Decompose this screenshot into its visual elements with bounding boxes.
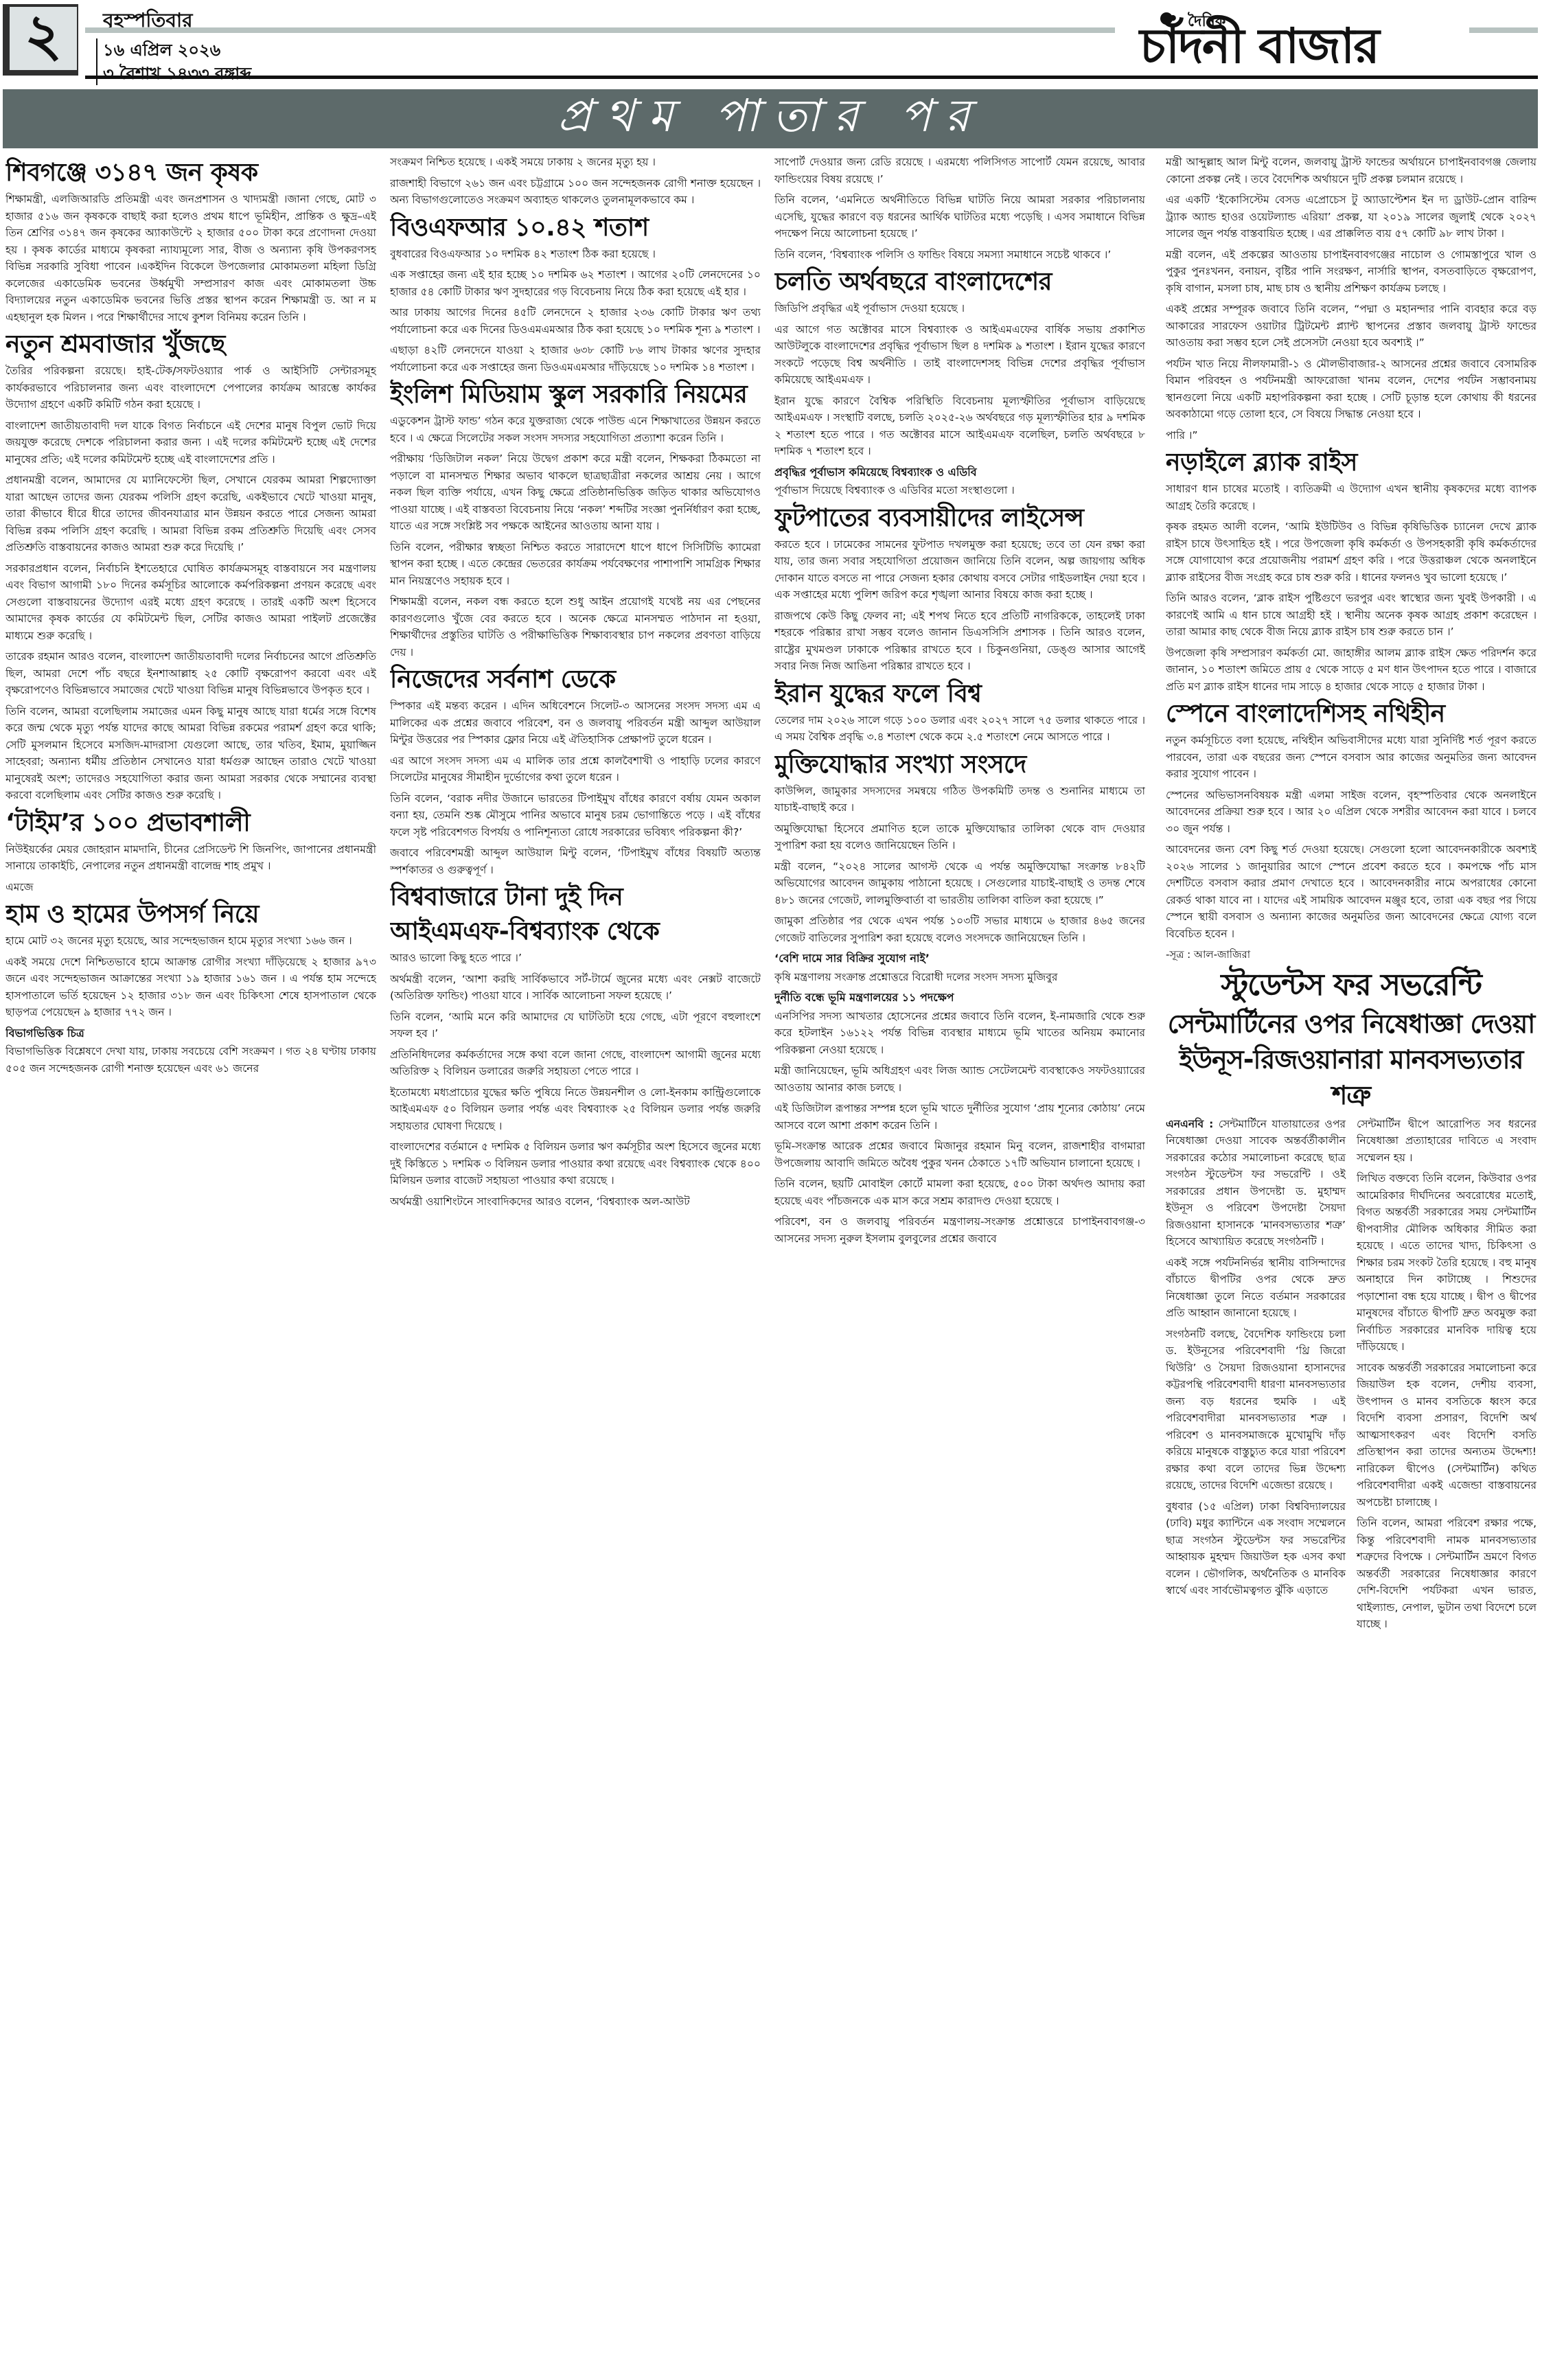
headline[interactable]: আইএমএফ-বিশ্বব্যাংক থেকে <box>390 917 761 947</box>
story-paragraph: এক সপ্তাহের জন্য এই হার হচ্ছে ১০ দশমিক ৬… <box>390 266 761 300</box>
story-paragraph: একই সঙ্গে পর্যটননির্ভর স্থানীয় বাসিন্দা… <box>1166 1255 1346 1322</box>
story-paragraph: বাংলাদেশ জাতীয়তাবাদী দল যাকে বিগত নির্ব… <box>5 417 376 468</box>
story-paragraph: লিখিত বক্তব্যে তিনি বলেন, কিউবার ওপর আমে… <box>1357 1170 1537 1355</box>
story-paragraph: বিভাগভিত্তিক বিশ্লেষণে দেখা যায়, ঢাকায়… <box>5 1043 376 1077</box>
page-number-box: ২ <box>3 4 78 76</box>
headline[interactable]: চলতি অর্থবছরে বাংলাদেশের <box>774 267 1145 297</box>
story-paragraph: তিনি বলেন, ‘বিশ্বব্যাংক পলিসি ও ফান্ডিং … <box>774 247 1145 264</box>
headline[interactable]: ‘টাইম’র ১০০ প্রভাবশালী <box>5 808 376 838</box>
story-paragraph: তেলের দাম ২০২৬ সালে গড়ে ১০০ ডলার এবং ২০… <box>774 712 1145 746</box>
story-paragraph: বাংলাদেশের বর্তমানে ৫ দশমিক ৫ বিলিয়ন ডল… <box>390 1138 761 1189</box>
story-paragraph: রাজশাহী বিভাগে ২৬১ জন এবং চট্টগ্রামে ১০০… <box>390 175 761 209</box>
story-paragraph: সাপোর্ট দেওয়ার জন্য রেডি রয়েছে । এরমধ্… <box>774 154 1145 187</box>
story-right-column: সেন্টমার্টিন দ্বীপে আরোপিত সব ধরনের নিষে… <box>1357 1116 1537 1637</box>
masthead: ২ বৃহস্পতিবার ১৬ এপ্রিল ২০২৬ ৩ বৈশাখ ১৪৩… <box>0 0 1542 82</box>
kicker-headline[interactable]: স্টুডেন্টস ফর সভরেন্টি <box>1166 968 1537 1003</box>
headline[interactable]: হাম ও হামের উপসর্গ নিয়ে <box>5 900 376 930</box>
story-paragraph: তিনি বলেন, ‘আমি মনে করি আমাদের যে ঘাটতিট… <box>390 1009 761 1042</box>
story-paragraph: তিনি বলেন, পরীক্ষার স্বচ্ছতা নিশ্চিত করত… <box>390 539 761 590</box>
story-paragraph: অমুক্তিযোদ্ধা হিসেবে প্রমাণিত হলে তাকে ম… <box>774 821 1145 854</box>
story-paragraph: শিক্ষামন্ত্রী বলেন, নকল বন্ধ করতে হলে শু… <box>390 593 761 661</box>
byline: এনএনবি : <box>1166 1118 1213 1130</box>
story-paragraph: সাধারণ ধান চাষের মতোই । ব্যতিক্রমী এ উদ্… <box>1166 481 1537 514</box>
story-paragraph: বুধবার (১৫ এপ্রিল) ঢাকা বিশ্ববিদ্যালয়ের… <box>1166 1498 1346 1599</box>
story-paragraph: তিনি বলেন, ‘এমনিতে অর্থনীতিতে বিভিন্ন ঘা… <box>774 192 1145 242</box>
story-paragraph: তিনি বলেন, আমরা পরিবেশ রক্ষার পক্ষে, কিন… <box>1357 1515 1537 1633</box>
story-paragraph: নিউইয়র্কের মেয়র জোহরান মামদানি, চীনের … <box>5 841 376 875</box>
story-paragraph: বুধবারের বিওএফআর ১০ দশমিক ৪২ শতাংশ ঠিক ক… <box>390 246 761 263</box>
headline[interactable]: ফুটপাতের ব্যবসায়ীদের লাইসেন্স <box>774 503 1145 534</box>
story-paragraph: আরও ভালো কিছু হতে পারে ।’ <box>390 950 761 967</box>
story-paragraph: সংক্রমণ নিশ্চিত হয়েছে । একই সময়ে ঢাকায… <box>390 154 761 171</box>
story-paragraph: নতুন কর্মসূচিতে বলা হয়েছে, নথিহীন অভিবা… <box>1166 732 1537 783</box>
story-paragraph: তিনি বলেন, ‘বরাক নদীর উজানে ভারতের টিপাই… <box>390 790 761 841</box>
headline[interactable]: শিবগঞ্জে ৩১৪৭ জন কৃষক <box>5 158 376 188</box>
column-3: সাপোর্ট দেওয়ার জন্য রেডি রয়েছে । এরমধ্… <box>774 154 1145 2376</box>
story-signoff: এমজে <box>5 879 376 896</box>
date-gregorian: ১৬ এপ্রিল ২০২৬ <box>103 38 251 62</box>
story-paragraph: সংগঠনটি বলছে, বৈদেশিক ফান্ডিংয়ে চলা ড. … <box>1166 1326 1346 1494</box>
story-paragraph: এর আগে সংসদ সদস্য এম এ মালিক তার প্রশ্নে… <box>390 753 761 786</box>
story-paragraph: মন্ত্রী বলেন, “২০২৪ সালের আগস্ট থেকে এ প… <box>774 858 1145 909</box>
subheadline: ‘বেশি দামে সার বিক্রির সুযোগ নাই’ <box>774 950 1145 968</box>
story-paragraph: এর আগে গত অক্টোবর মাসে বিশ্বব্যাংক ও আইএ… <box>774 321 1145 389</box>
story-paragraph: হামে মোট ৩২ জনের মৃত্যু হয়েছে, আর সন্দে… <box>5 932 376 950</box>
story-paragraph: কৃষি মন্ত্রণালয় সংক্রান্ত প্রশ্নোত্তরে … <box>774 969 1145 986</box>
headline[interactable]: মুক্তিযোদ্ধার সংখ্যা সংসদে <box>774 750 1145 780</box>
story-paragraph: করতে হবে । ঢামেকের সামনের ফুটপাত দখলমুক্… <box>774 536 1145 604</box>
story-paragraph: একই সময়ে দেশে নিশ্চিতভাবে হামে আক্রান্ত… <box>5 954 376 1021</box>
story-paragraph: প্রধানমন্ত্রী বলেন, আমাদের যে ম্যানিফেস্… <box>5 472 376 556</box>
source-credit: -সূত্র : আল-জাজিরা <box>1166 946 1537 963</box>
story-paragraph: পর্যটন খাত নিয়ে নীলফামারী-১ ও মৌলভীবাজা… <box>1166 356 1537 423</box>
story-paragraph: এই ডিজিটাল রূপান্তর সম্পন্ন হলে ভূমি খাত… <box>774 1100 1145 1134</box>
headline[interactable]: নিজেদের সর্বনাশ ডেকে <box>390 665 761 695</box>
story-paragraph: রাজপথে কেউ কিছু ফেলব না; এই শপথ নিতে হবে… <box>774 608 1145 675</box>
two-column-story: এনএনবি : সেন্টমার্টিনে যাতায়াতের ওপর নি… <box>1166 1116 1537 1637</box>
page-number: ২ <box>10 7 77 70</box>
story-paragraph: সেন্টমার্টিন দ্বীপে আরোপিত সব ধরনের নিষে… <box>1357 1116 1537 1167</box>
story-left-column: এনএনবি : সেন্টমার্টিনে যাতায়াতের ওপর নি… <box>1166 1116 1346 1637</box>
story-paragraph: জবাবে পরিবেশমন্ত্রী আব্দুল আউয়াল মিন্টু… <box>390 845 761 878</box>
story-paragraph: পরিবেশ, বন ও জলবায়ু পরিবর্তন মন্ত্রণালয… <box>774 1213 1145 1247</box>
story-paragraph: একই প্রশ্নের সম্পূরক জবাবে তিনি বলেন, “প… <box>1166 301 1537 352</box>
story-paragraph: কৃষক রহমত আলী বলেন, ‘আমি ইউটিউব ও বিভিন্… <box>1166 518 1537 586</box>
column-1: শিবগঞ্জে ৩১৪৭ জন কৃষক শিক্ষামন্ত্রী, এলজ… <box>5 154 376 2376</box>
story-paragraph: মন্ত্রী আব্দুল্লাহ আল মিন্টু বলেন, জলবায… <box>1166 154 1537 187</box>
headline[interactable]: নড়াইলে ব্ল্যাক রাইস <box>1166 448 1537 478</box>
header-rule-grey <box>85 27 1115 33</box>
header-rule-grey-right <box>1469 27 1538 33</box>
headline[interactable]: স্পেনে বাংলাদেশিসহ নথিহীন <box>1166 699 1537 729</box>
story-paragraph: উপজেলা কৃষি সম্প্রসারণ কর্মকর্তা মো. জাহ… <box>1166 645 1537 696</box>
column-2: সংক্রমণ নিশ্চিত হয়েছে । একই সময়ে ঢাকায… <box>390 154 761 2376</box>
story-paragraph: মন্ত্রী জানিয়েছেন, ভূমি অধিগ্রহণ এবং লি… <box>774 1062 1145 1096</box>
story-paragraph: ইতোমধ্যে মধ্যপ্রাচ্যের যুদ্ধের ক্ষতি পুষ… <box>390 1084 761 1135</box>
date-bangla: ৩ বৈশাখ ১৪৩৩ বঙ্গাব্দ <box>103 62 251 85</box>
section-banner: প্রথম পাতার পর <box>3 89 1538 148</box>
story-paragraph: জামুকা প্রতিষ্ঠার পর থেকে এখন পর্যন্ত ১০… <box>774 913 1145 946</box>
story-paragraph: স্পেনের অভিভাসনবিষয়ক মন্ত্রী এলমা সাইজ … <box>1166 787 1537 838</box>
story-paragraph: আর ঢাকায় আগের দিনের ৪৫টি লেনদেনে ২ হাজা… <box>390 304 761 338</box>
story-paragraph: সাবেক অন্তর্বর্তী সরকারের সমালোচনা করে জ… <box>1357 1360 1537 1511</box>
story-paragraph: তৈরির পরিকল্পনা রয়েছে। হাই-টেক/সফটওয়্য… <box>5 363 376 413</box>
story-paragraph: পরীক্ষায় ‘ডিজিটাল নকল’ নিয়ে উদ্বেগ প্র… <box>390 450 761 535</box>
column-4: মন্ত্রী আব্দুল্লাহ আল মিন্টু বলেন, জলবায… <box>1166 154 1537 2376</box>
story-paragraph: শিক্ষামন্ত্রী, এলজিআরডি প্রতিমন্ত্রী এবং… <box>5 191 376 325</box>
headline[interactable]: বিওএফআর ১০.৪২ শতাশ <box>390 213 761 243</box>
headline[interactable]: নতুন শ্রমবাজার খুঁজছে <box>5 330 376 360</box>
story-paragraph: জিডিপি প্রবৃদ্ধির এই পূর্বাভাস দেওয়া হয… <box>774 300 1145 317</box>
story-paragraph: তিনি বলেন, আমরা বলেছিলাম সমাজের এমন কিছু… <box>5 703 376 804</box>
story-paragraph: প্রতিনিধিদলের কর্মকর্তাদের সঙ্গে কথা বলে… <box>390 1046 761 1080</box>
story-paragraph: তারেক রহমান আরও বলেন, বাংলাদেশ জাতীয়তাব… <box>5 648 376 699</box>
story-paragraph: তিনি বলেন, ছয়টি মোবাইল কোর্টে মামলা করা… <box>774 1176 1145 1209</box>
logo-main-text: চাঁদনী বাজার <box>1140 22 1379 70</box>
story-paragraph: ভূমি-সংক্রান্ত আরেক প্রশ্নের জবাবে মিজান… <box>774 1138 1145 1171</box>
story-paragraph: পারি ।” <box>1166 427 1537 444</box>
subheadline: প্রবৃদ্ধির পূর্বাভাস কমিয়েছে বিশ্বব্যাং… <box>774 464 1145 481</box>
story-paragraph: স্পিকার এই মন্তব্য করেন । এদিন অধিবেশনে … <box>390 698 761 748</box>
story-paragraph: তিনি আরও বলেন, ‘ব্লাক রাইস পুষ্টিগুণে ভর… <box>1166 590 1537 641</box>
subheadline: দুর্নীতি বন্ধে ভূমি মন্ত্রণালয়ের ১১ পদক… <box>774 989 1145 1007</box>
story-paragraph: সেন্টমার্টিনে যাতায়াতের ওপর নিষেধাজ্ঞা … <box>1166 1118 1346 1248</box>
lead-headline[interactable]: সেন্টমার্টিনের ওপর নিষেধাজ্ঞা দেওয়া ইউন… <box>1166 1006 1537 1113</box>
story-paragraph: সরকারপ্রধান বলেন, নির্বাচনি ইশতেহারে ঘোষ… <box>5 560 376 645</box>
story-paragraph: আবেদনের জন্য বেশ কিছু শর্ত দেওয়া হয়েছে… <box>1166 841 1537 942</box>
story-paragraph: কাউন্সিল, জামুকার সদস্যদের সমন্বয়ে গঠিত… <box>774 783 1145 816</box>
header-rule-black <box>85 76 1538 79</box>
story-paragraph: পূর্বাভাস দিয়েছে বিশ্বব্যাংক ও এডিবির ম… <box>774 482 1145 499</box>
headline[interactable]: ইরান যুদ্ধের ফলে বিশ্ব <box>774 679 1145 709</box>
headline[interactable]: বিশ্ববাজারে টানা দুই দিন <box>390 882 761 913</box>
story-paragraph: অর্থমন্ত্রী ওয়াশিংটনে সাংবাদিকদের আরও ব… <box>390 1193 761 1211</box>
story-paragraph: এডুকেশন ট্রাস্ট ফান্ড’ গঠন করে যুক্তরাজ্… <box>390 413 761 446</box>
section-banner-title: প্রথম পাতার পর <box>557 81 984 157</box>
headline[interactable]: ইংলিশ মিডিয়াম স্কুল সরকারি নিয়মের <box>390 380 761 410</box>
story-paragraph: ইরান যুদ্ধে কারণে বৈশ্বিক পরিস্থিতি বিবে… <box>774 393 1145 460</box>
newspaper-logo[interactable]: দৈনিক চাঁদনী বাজার <box>1140 3 1401 71</box>
story-paragraph: মন্ত্রী বলেন, এই প্রকল্পের আওতায় চাপাইন… <box>1166 247 1537 297</box>
story-paragraph: অর্থমন্ত্রী বলেন, ‘আশা করছি সার্বিকভাবে … <box>390 971 761 1005</box>
story-paragraph: এছাড়া ৪২টি লেনদেনে যাওয়া ২ হাজার ৬৩৮ ক… <box>390 342 761 376</box>
story-paragraph: এনসিপির সদস্য আখতার হোসেনের প্রশ্নের জবা… <box>774 1008 1145 1059</box>
story-paragraph: এর একটি ‘ইকোসিস্টেম বেসড এপ্রোচেস টু অ্য… <box>1166 192 1537 242</box>
subheadline: বিভাগভিত্তিক চিত্র <box>5 1025 376 1042</box>
